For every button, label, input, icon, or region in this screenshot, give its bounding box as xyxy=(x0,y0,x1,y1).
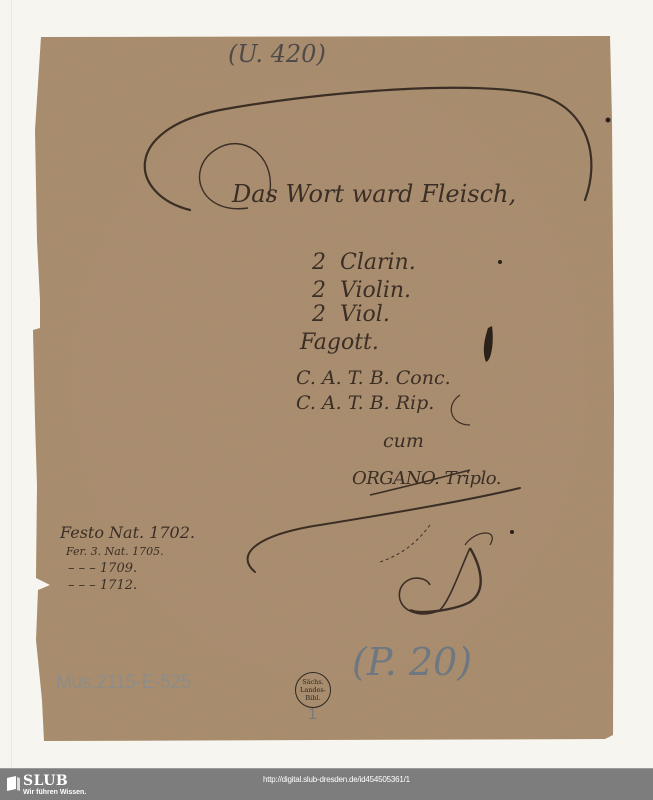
instrument-name: Clarin. xyxy=(340,250,416,275)
instrument-line: 2 Clarin. xyxy=(312,250,416,275)
instrument-name: Viol. xyxy=(340,302,390,327)
permalink-url[interactable]: http://digital.slub-dresden.de/id4545053… xyxy=(263,775,410,784)
stamp-line: Landes- xyxy=(300,686,326,694)
voices-concertato: C. A. T. B. Conc. xyxy=(296,367,451,389)
footer-bar: SLUB Wir führen Wissen. http://digital.s… xyxy=(0,768,653,800)
date-line: – – – 1712. xyxy=(68,578,137,593)
stamp-line: Bibl. xyxy=(305,694,320,702)
instrument-line: 2 Viol. xyxy=(312,302,390,327)
date-line: – – – 1709. xyxy=(68,561,137,576)
instrument-count: 2 xyxy=(312,250,326,275)
page-number: 1 xyxy=(308,706,317,724)
instrument-line: Fagott. xyxy=(300,330,379,355)
image-viewer: (U. 420) Das Wort ward Fleisch, 2 Clarin… xyxy=(0,0,653,768)
voices-ripieno: C. A. T. B. Rip. xyxy=(296,392,434,414)
library-stamp: Sächs. Landes- Bibl. xyxy=(295,672,331,708)
catalog-number-top: (U. 420) xyxy=(228,40,326,68)
slub-book-icon xyxy=(6,775,21,792)
instrument-count: 2 xyxy=(312,302,326,327)
stamp-line: Sächs. xyxy=(302,678,324,686)
instrument-line: 2 Violin. xyxy=(312,278,411,303)
instrument-count: 2 xyxy=(312,278,326,303)
shelfmark: Mus.2115-E-525 xyxy=(56,672,191,694)
cum-text: cum xyxy=(383,430,424,452)
date-line: Festo Nat. 1702. xyxy=(60,523,195,542)
slub-logo-name[interactable]: SLUB xyxy=(23,773,68,789)
instrument-name: Fagott. xyxy=(300,330,379,355)
date-line: Fer. 3. Nat. 1705. xyxy=(66,545,164,558)
cantata-title: Das Wort ward Fleisch, xyxy=(232,180,516,208)
slub-logo-tagline: Wir führen Wissen. xyxy=(23,789,86,796)
pencil-number: (P. 20) xyxy=(352,640,472,684)
continuo-text: ORGANO. Triplo. xyxy=(352,468,501,489)
instrument-name: Violin. xyxy=(340,278,411,303)
